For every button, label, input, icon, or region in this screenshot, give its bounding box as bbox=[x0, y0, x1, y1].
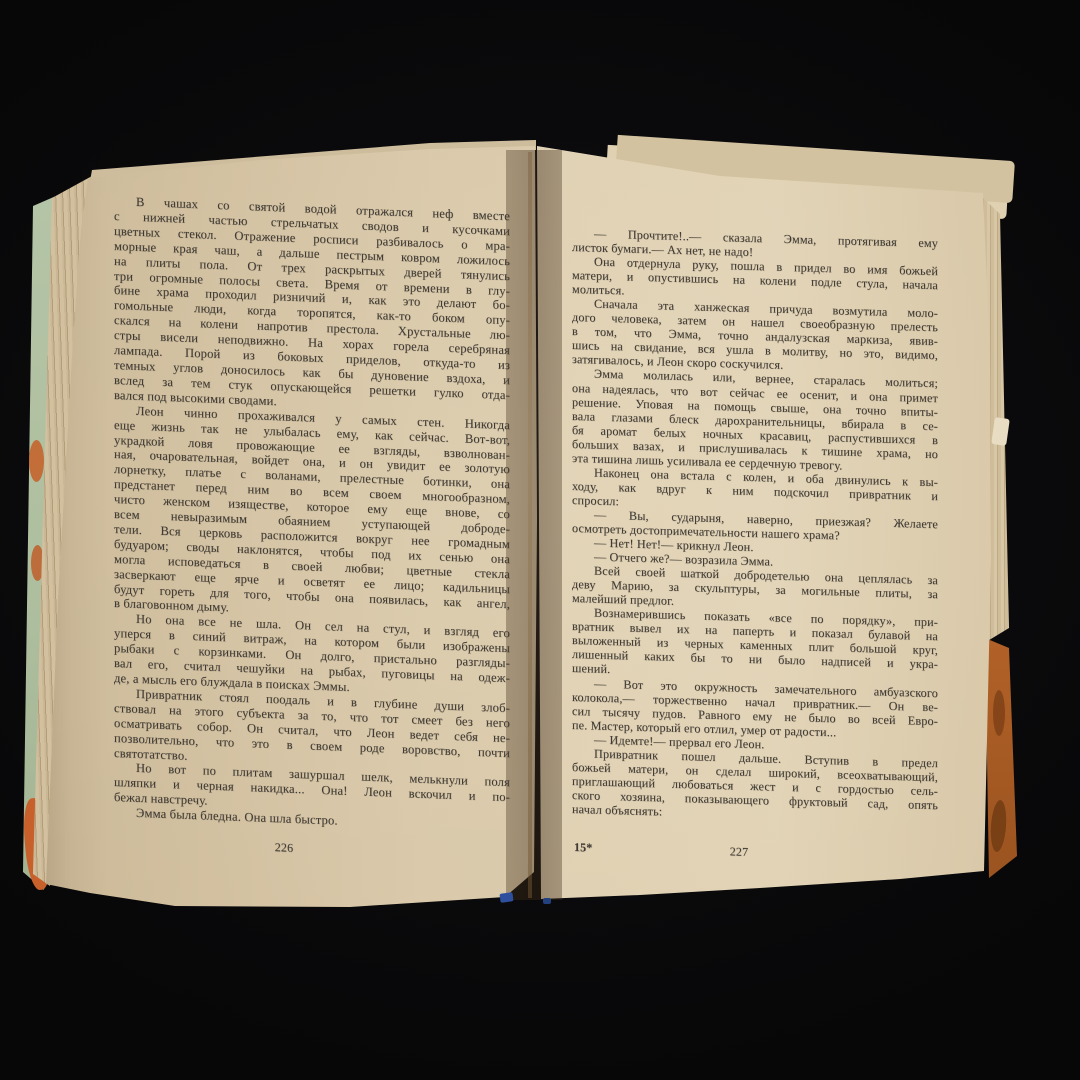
left-cover-orange-patch bbox=[31, 545, 44, 581]
book-photo: В чашах со святой водой отражался неф вм… bbox=[0, 0, 1080, 1080]
right-page-lines: — Прочтите!..— сказала Эмма, протягивая … bbox=[572, 226, 938, 826]
page-number-227: 227 bbox=[572, 840, 906, 863]
left-cover-orange-patch bbox=[21, 797, 53, 891]
blue-cover-sliver bbox=[543, 898, 551, 904]
right-page-text: — Прочтите!..— сказала Эмма, протягивая … bbox=[572, 226, 938, 865]
blue-cover-sliver bbox=[499, 892, 513, 903]
left-page-text: В чашах со святой водой отражался неф вм… bbox=[114, 194, 510, 864]
page-number-226: 226 bbox=[275, 840, 293, 855]
cover-wear-mark bbox=[993, 690, 1005, 736]
cover-wear-mark bbox=[989, 800, 1008, 853]
left-page-lines: В чашах со святой водой отражался неф вм… bbox=[114, 194, 510, 835]
right-top-sheet-corner bbox=[605, 145, 1009, 219]
torn-paper-speck bbox=[70, 858, 91, 883]
right-top-sheet-corner bbox=[615, 135, 1015, 203]
binding-crease bbox=[528, 152, 532, 898]
right-page-footer: 15* 227 bbox=[572, 840, 938, 865]
left-page-number: 226 bbox=[114, 834, 510, 864]
torn-paper-tab bbox=[991, 417, 1010, 446]
left-cover-orange-patch bbox=[29, 440, 44, 482]
